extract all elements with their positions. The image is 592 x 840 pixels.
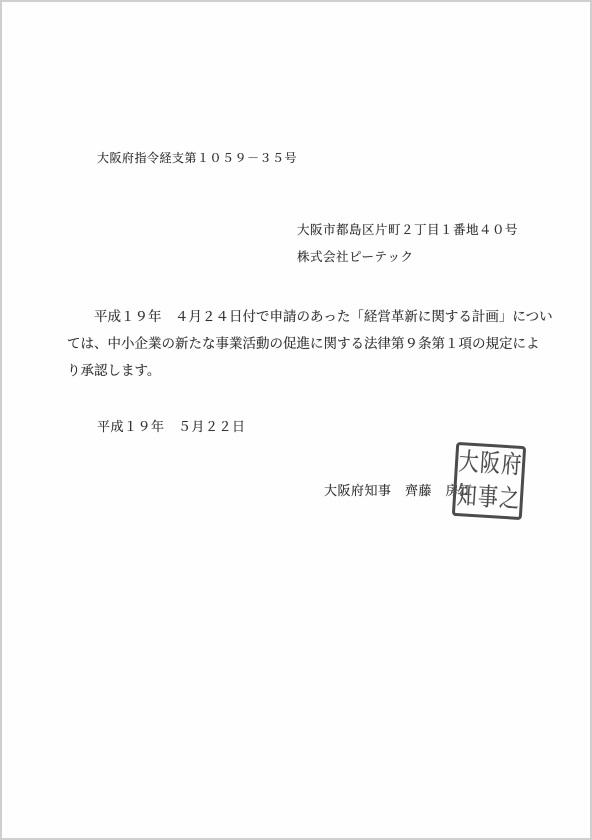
seal-char: 之 [499, 486, 520, 512]
body-line-3: り承認します。 [67, 357, 557, 384]
recipient-company: 株式会社ピーテック [297, 244, 518, 271]
signer-name: 大阪府知事 齊藤 房江 [324, 480, 473, 499]
body-line-1: 平成１９年 ４月２４日付で申請のあった「経営革新に関する計画」につい [67, 303, 557, 330]
issue-date: 平成１９年 ５月２２日 [97, 416, 246, 435]
body-paragraph: 平成１９年 ４月２４日付で申請のあった「経営革新に関する計画」につい ては、中小… [67, 303, 557, 384]
seal-char: 府 [501, 452, 522, 478]
scanned-document-page: 大阪府指令経支第１０５９－３５号 大阪市都島区片町２丁目１番地４０号 株式会社ピ… [0, 0, 592, 840]
recipient-address: 大阪市都島区片町２丁目１番地４０号 [297, 217, 518, 244]
seal-char: 阪 [479, 451, 500, 477]
body-line-2: ては、中小企業の新たな事業活動の促進に関する法律第９条第１項の規定によ [67, 330, 557, 357]
seal-char: 知 [456, 484, 477, 510]
official-seal-stamp: 大 阪 府 知 事 之 [452, 442, 526, 520]
document-number: 大阪府指令経支第１０５９－３５号 [97, 149, 297, 166]
recipient-block: 大阪市都島区片町２丁目１番地４０号 株式会社ピーテック [297, 217, 518, 271]
seal-char: 大 [458, 450, 479, 476]
seal-char: 事 [477, 485, 498, 511]
